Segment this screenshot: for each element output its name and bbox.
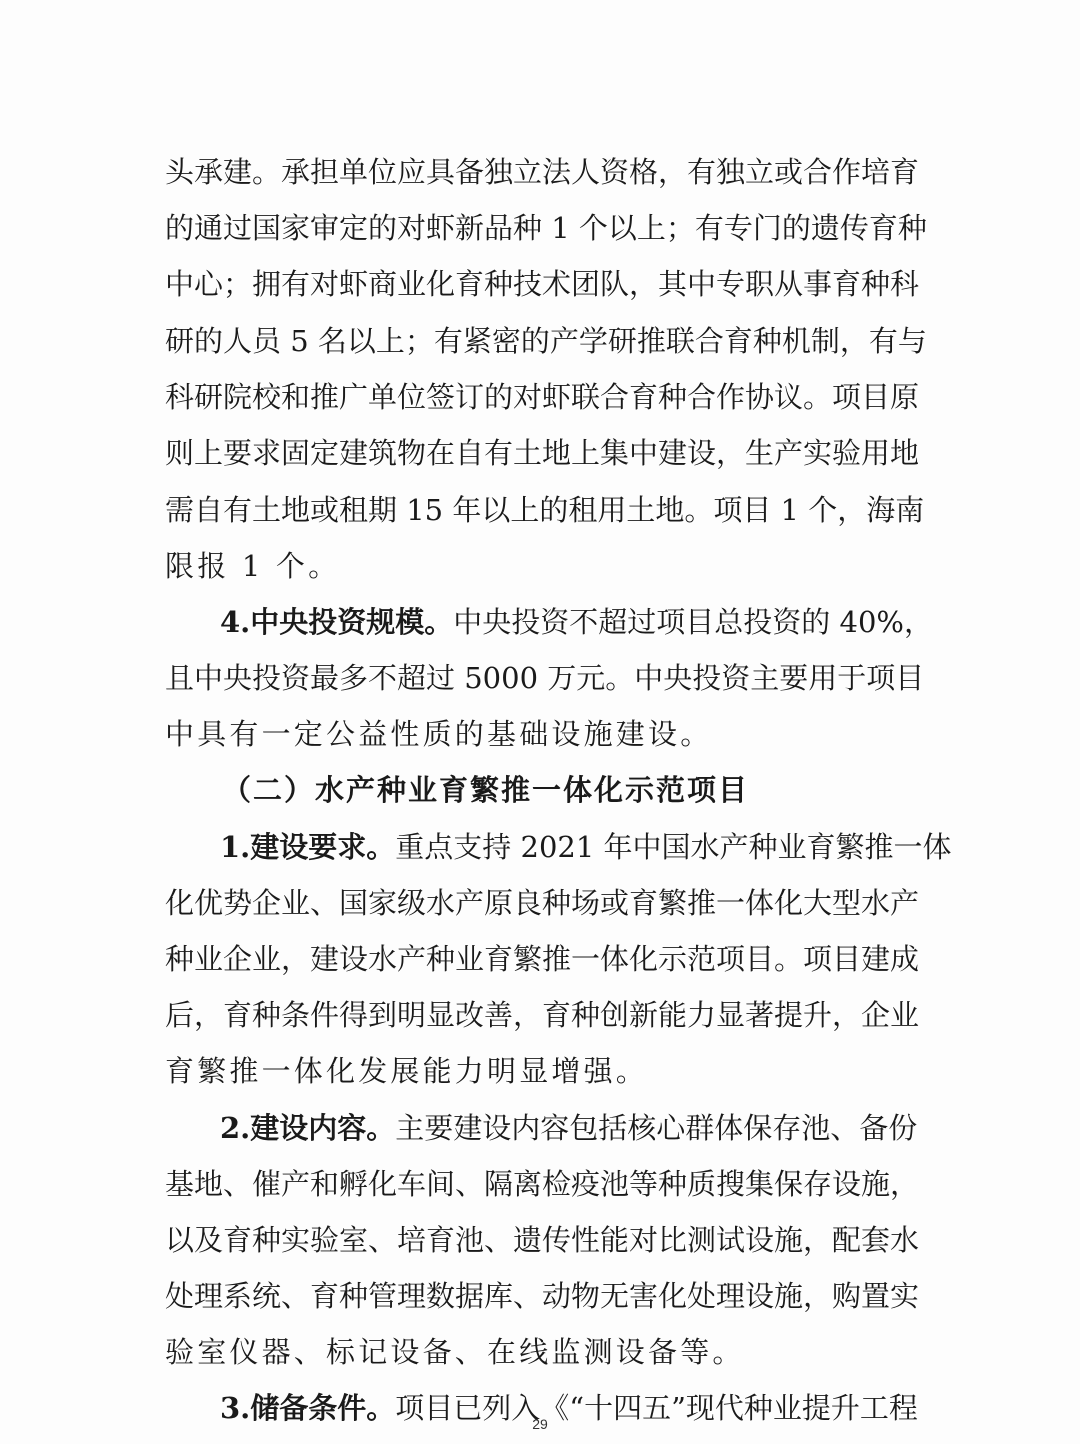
paragraph-line: 中具有一定公益性质的基础设施建设。 bbox=[165, 714, 915, 754]
paragraph-line: 种业企业，建设水产种业育繁推一体化示范项目。项目建成 bbox=[165, 939, 915, 979]
paragraph-line: 需自有土地或租期 15 年以上的租用土地。项目 1 个，海南 bbox=[165, 490, 915, 530]
section-heading: （二）水产种业育繁推一体化示范项目 bbox=[222, 770, 972, 810]
paragraph-first-line: 2.建设内容。主要建设内容包括核心群体保存池、备份 bbox=[220, 1108, 915, 1148]
paragraph-line: 后，育种条件得到明显改善，育种创新能力显著提升，企业 bbox=[165, 995, 915, 1035]
paragraph-line: 中心；拥有对虾商业化育种技术团队，其中专职从事育种科 bbox=[165, 264, 915, 304]
paragraph-text: 重点支持 2021 年中国水产种业育繁推一体 bbox=[395, 830, 951, 864]
paragraph-line: 以及育种实验室、培育池、遗传性能对比测试设施，配套水 bbox=[165, 1220, 915, 1260]
paragraph-line: 化优势企业、国家级水产原良种场或育繁推一体化大型水产 bbox=[165, 883, 915, 923]
paragraph-line: 基地、催产和孵化车间、隔离检疫池等种质搜集保存设施， bbox=[165, 1164, 915, 1204]
paragraph-line: 头承建。承担单位应具备独立法人资格，有独立或合作培育 bbox=[165, 152, 915, 192]
paragraph-line: 且中央投资最多不超过 5000 万元。中央投资主要用于项目 bbox=[165, 658, 915, 698]
paragraph-text: 中央投资不超过项目总投资的 40%， bbox=[453, 605, 933, 639]
paragraph-first-line: 1.建设要求。重点支持 2021 年中国水产种业育繁推一体 bbox=[220, 827, 915, 867]
paragraph-line: 处理系统、育种管理数据库、动物无害化处理设施，购置实 bbox=[165, 1276, 915, 1316]
paragraph-line: 的通过国家审定的对虾新品种 1 个以上；有专门的遗传育种 bbox=[165, 208, 915, 248]
paragraph-line: 育繁推一体化发展能力明显增强。 bbox=[165, 1051, 915, 1091]
document-page: 头承建。承担单位应具备独立法人资格，有独立或合作培育 的通过国家审定的对虾新品种… bbox=[0, 0, 1080, 1444]
paragraph-line: 验室仪器、标记设备、在线监测设备等。 bbox=[165, 1332, 915, 1372]
paragraph-text: 主要建设内容包括核心群体保存池、备份 bbox=[395, 1111, 917, 1145]
section-label: 4.中央投资规模。 bbox=[220, 605, 453, 639]
section-label: 1.建设要求。 bbox=[220, 830, 395, 864]
section-label: 2.建设内容。 bbox=[220, 1111, 395, 1145]
paragraph-line: 研的人员 5 名以上；有紧密的产学研推联合育种机制，有与 bbox=[165, 321, 915, 361]
paragraph-line: 限报 1 个。 bbox=[165, 546, 915, 586]
paragraph-line: 科研院校和推广单位签订的对虾联合育种合作协议。项目原 bbox=[165, 377, 915, 417]
paragraph-first-line: 4.中央投资规模。中央投资不超过项目总投资的 40%， bbox=[220, 602, 915, 642]
page-number: 29 bbox=[0, 1416, 1080, 1432]
paragraph-line: 则上要求固定建筑物在自有土地上集中建设，生产实验用地 bbox=[165, 433, 915, 473]
